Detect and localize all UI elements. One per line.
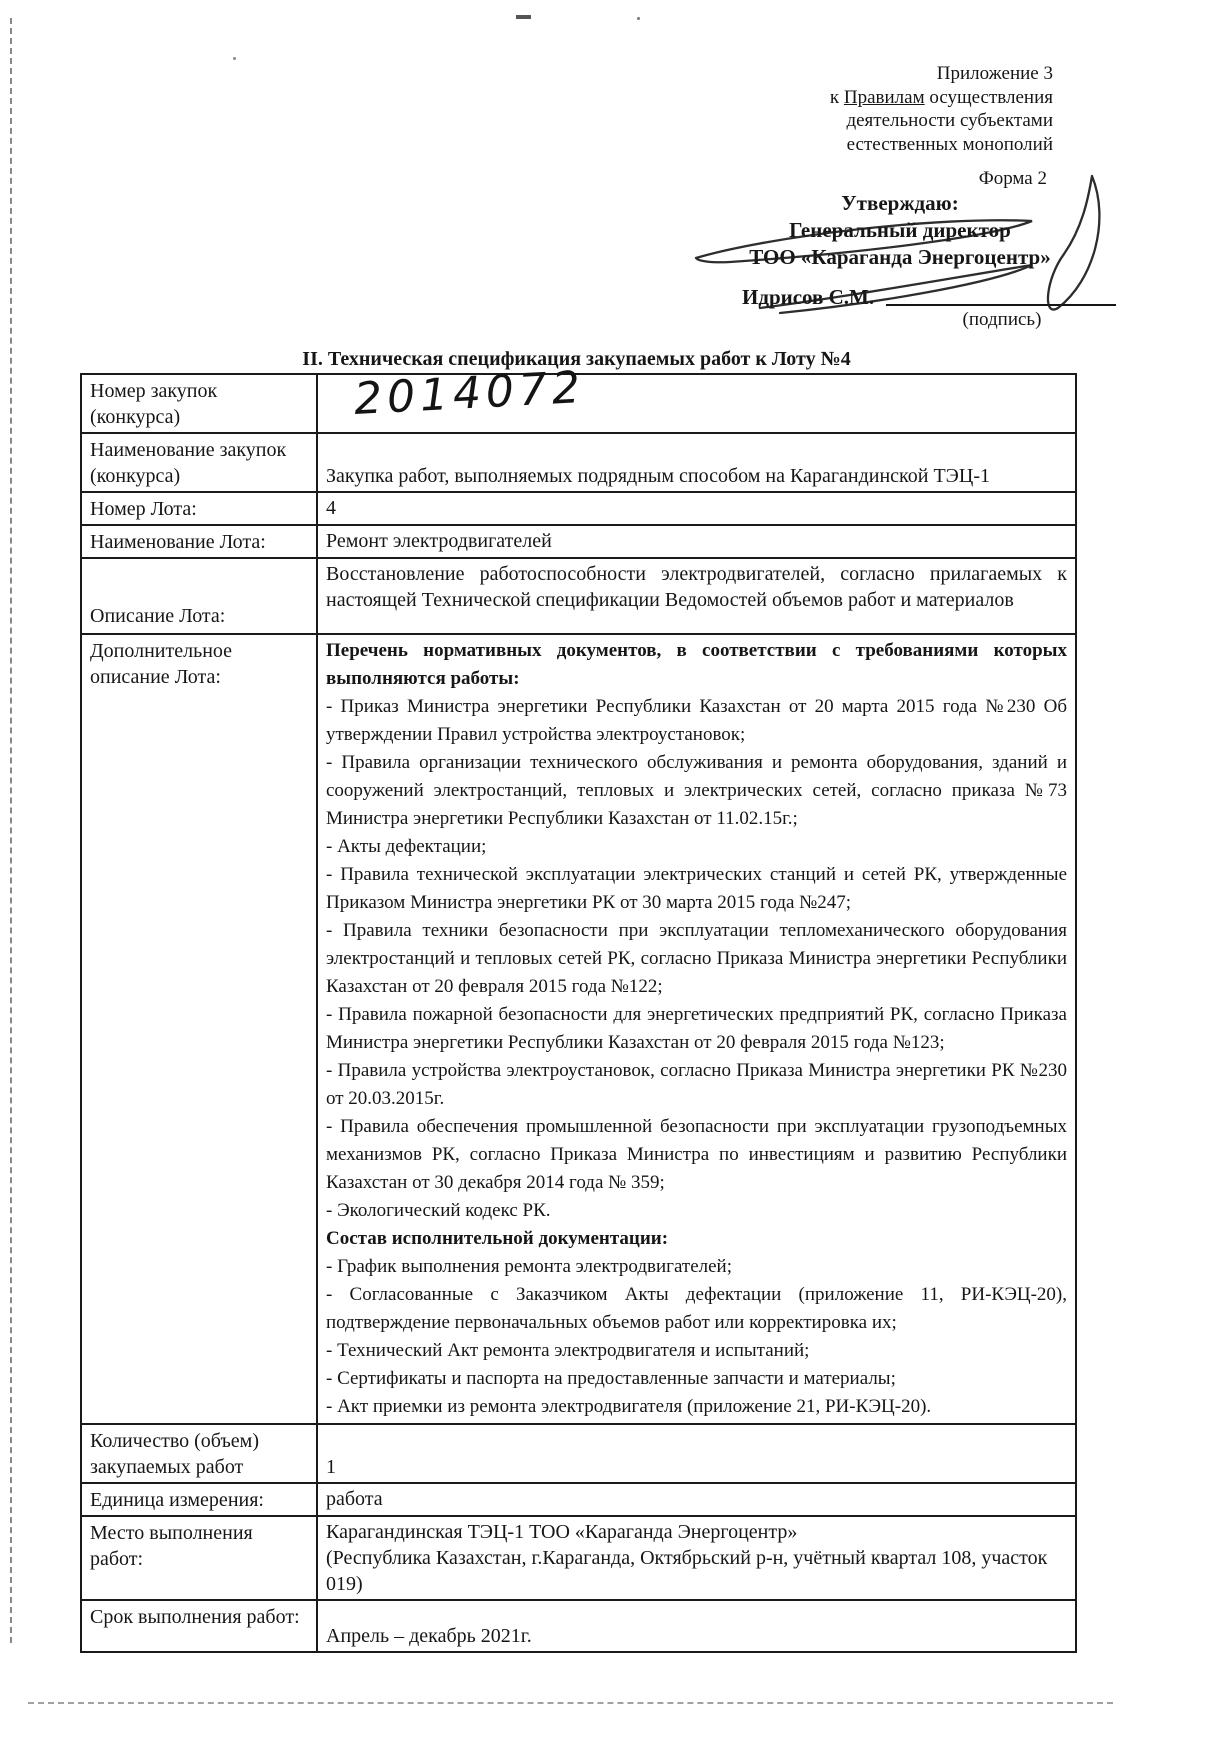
approval-word: Утверждаю: xyxy=(732,190,1068,217)
scan-bottom-edge-artifact xyxy=(28,1702,1113,1704)
row-label: Срок выполнения работ: xyxy=(82,1601,318,1651)
additional-description-paragraph: - Технический Акт ремонта электродвигате… xyxy=(326,1337,1067,1365)
underlined-word: Правилам xyxy=(844,87,925,108)
table-row-work-period: Срок выполнения работ: Апрель – декабрь … xyxy=(82,1599,1075,1651)
row-value: Апрель – декабрь 2021г. xyxy=(318,1601,1075,1651)
row-label: Место выполнения работ: xyxy=(82,1517,318,1599)
signature-caption: (подпись) xyxy=(902,309,1102,331)
additional-description-paragraph: - Правила организации технического обслу… xyxy=(326,749,1067,833)
row-value: Закупка работ, выполняемых подрядным спо… xyxy=(318,434,1075,491)
scan-speck xyxy=(516,15,531,19)
row-label: Номер закупок (конкурса) xyxy=(82,375,318,432)
additional-description-paragraph: - Правила устройства электроустановок, с… xyxy=(326,1057,1067,1113)
additional-description-paragraph: Состав исполнительной документации: xyxy=(326,1225,1067,1253)
row-value: Карагандинская ТЭЦ-1 ТОО «Караганда Энер… xyxy=(318,1517,1075,1599)
scan-left-edge-artifact xyxy=(10,18,12,1643)
row-label: Наименование Лота: xyxy=(82,526,318,557)
table-row-quantity: Количество (объем) закупаемых работ 1 xyxy=(82,1423,1075,1482)
additional-description-paragraph: - Приказ Министра энергетики Республики … xyxy=(326,693,1067,749)
additional-description-paragraph: - Правила технической эксплуатации элект… xyxy=(326,861,1067,917)
row-value: 4 xyxy=(318,493,1075,524)
table-row-lot-additional-description: Дополнительное описание Лота: Перечень н… xyxy=(82,633,1075,1423)
additional-description-paragraph: - Правила обеспечения промышленной безоп… xyxy=(326,1113,1067,1197)
handwritten-procurement-number: 2014072 xyxy=(353,375,585,413)
approver-name: Идрисов С.М. xyxy=(742,285,874,310)
appendix-line: деятельности субъектами xyxy=(830,109,1053,133)
location-line: Карагандинская ТЭЦ-1 ТОО «Караганда Энер… xyxy=(326,1519,1067,1545)
row-label: Единица измерения: xyxy=(82,1484,318,1515)
approver-name-row: Идрисов С.М. xyxy=(742,285,1116,310)
additional-description-content: Перечень нормативных документов, в соотв… xyxy=(318,635,1075,1423)
row-label: Наименование закупок (конкурса) xyxy=(82,434,318,491)
additional-description-paragraph: - Экологический кодекс РК. xyxy=(326,1197,1067,1225)
row-value: Ремонт электродвигателей xyxy=(318,526,1075,557)
table-row-lot-description: Описание Лота: Восстановление работоспос… xyxy=(82,557,1075,633)
table-row-unit: Единица измерения: работа xyxy=(82,1482,1075,1515)
approver-position: Генеральный директор xyxy=(732,217,1068,244)
scan-speck xyxy=(637,17,640,20)
scan-speck xyxy=(233,57,236,60)
table-row-procurement-number: Номер закупок (конкурса) 2014072 xyxy=(82,375,1075,432)
row-value: работа xyxy=(318,1484,1075,1515)
additional-description-paragraph: - Акты дефектации; xyxy=(326,833,1067,861)
document-page: Приложение 3 к Правилам осуществления де… xyxy=(0,0,1225,1740)
location-line: (Республика Казахстан, г.Караганда, Октя… xyxy=(326,1545,1067,1597)
appendix-line: Приложение 3 xyxy=(830,62,1053,86)
row-label: Дополнительное описание Лота: xyxy=(82,635,318,1423)
table-row-work-location: Место выполнения работ: Карагандинская Т… xyxy=(82,1515,1075,1599)
table-row-lot-name: Наименование Лота: Ремонт электродвигате… xyxy=(82,524,1075,557)
additional-description-paragraph: Перечень нормативных документов, в соотв… xyxy=(326,637,1067,693)
row-label: Количество (объем) закупаемых работ xyxy=(82,1425,318,1482)
specification-table: Номер закупок (конкурса) 2014072 Наимено… xyxy=(80,373,1077,1653)
additional-description-paragraph: - Акт приемки из ремонта электродвигател… xyxy=(326,1393,1067,1421)
signature-line xyxy=(886,304,1116,306)
appendix-line: естественных монополий xyxy=(830,133,1053,157)
row-value: Восстановление работоспособности электро… xyxy=(318,559,1075,633)
row-value: 2014072 xyxy=(318,375,1075,432)
additional-description-paragraph: - Согласованные с Заказчиком Акты дефект… xyxy=(326,1281,1067,1337)
approval-block: Утверждаю: Генеральный директор ТОО «Кар… xyxy=(732,190,1068,271)
appendix-line: к Правилам осуществления xyxy=(830,86,1053,110)
additional-description-paragraph: - Правила пожарной безопасности для энер… xyxy=(326,1001,1067,1057)
table-row-procurement-name: Наименование закупок (конкурса) Закупка … xyxy=(82,432,1075,491)
additional-description-paragraph: - Сертификаты и паспорта на предоставлен… xyxy=(326,1365,1067,1393)
form-number-label: Форма 2 xyxy=(979,168,1047,190)
additional-description-paragraph: - Правила техники безопасности при экспл… xyxy=(326,917,1067,1001)
approver-company: ТОО «Караганда Энергоцентр» xyxy=(732,244,1068,271)
appendix-note: Приложение 3 к Правилам осуществления де… xyxy=(830,62,1053,156)
additional-description-paragraph: - График выполнения ремонта электродвига… xyxy=(326,1253,1067,1281)
row-label: Номер Лота: xyxy=(82,493,318,524)
table-row-lot-number: Номер Лота: 4 xyxy=(82,491,1075,524)
row-label: Описание Лота: xyxy=(82,559,318,633)
row-value: 1 xyxy=(318,1425,1075,1482)
